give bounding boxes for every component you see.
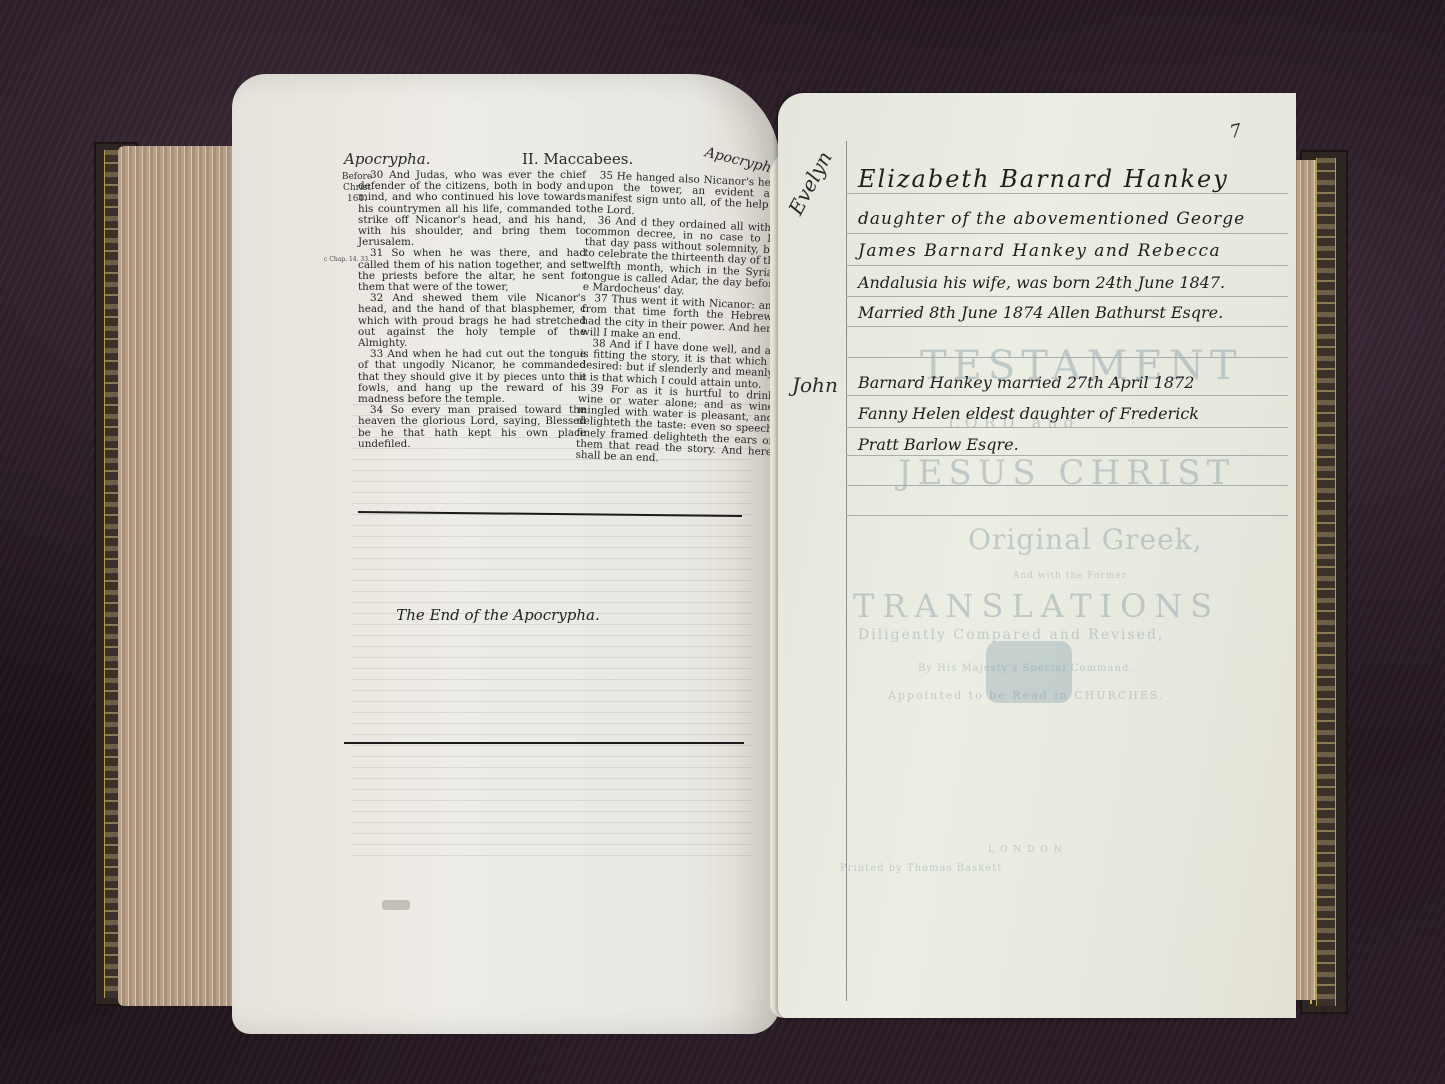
verse: 32 And shewed them vile Nicanor's head, … xyxy=(358,293,586,349)
ruled-line xyxy=(846,193,1288,194)
margin-given-name: Evelyn xyxy=(784,147,837,219)
royal-arms-show-through xyxy=(986,641,1072,703)
ruled-line xyxy=(846,326,1288,327)
verse: 33 And when he had cut out the tongue of… xyxy=(358,349,586,405)
running-head-title: II. Maccabees. xyxy=(522,150,633,168)
ruled-line xyxy=(846,265,1288,266)
ruled-line xyxy=(846,395,1288,396)
record-line: Married 8th June 1874 Allen Bathurst Esq… xyxy=(858,303,1223,322)
show-through-text: Printed by Thomas Baskett xyxy=(840,863,1002,874)
gilt-tooling-border xyxy=(1316,158,1336,1006)
family-record-leaf: TESTAMENT LORD and JESUS CHRIST Original… xyxy=(778,93,1296,1018)
show-through-text: LONDON xyxy=(988,845,1068,855)
verse: 30 And Judas, who was ever the chief def… xyxy=(358,170,586,248)
end-title-text: The End of the Apocrypha. xyxy=(396,606,599,624)
running-head-left: Apocrypha. xyxy=(344,150,430,168)
margin-given-name: John xyxy=(792,373,838,397)
record-line: Elizabeth Barnard Hankey xyxy=(858,165,1229,193)
record-line: Andalusia his wife, was born 24th June 1… xyxy=(858,273,1225,292)
end-of-apocrypha-title: The End of the Apocrypha. xyxy=(232,606,780,624)
record-line: Pratt Barlow Esqre. xyxy=(858,435,1019,454)
record-line: Fanny Helen eldest daughter of Frederick xyxy=(858,404,1199,423)
show-through-text: TRANSLATIONS xyxy=(853,587,1220,625)
paper-stain xyxy=(382,900,410,910)
horizontal-rule xyxy=(344,742,744,744)
ruled-line xyxy=(846,455,1288,456)
show-through-text xyxy=(352,404,752,864)
show-through-text: And with the Former xyxy=(1013,571,1127,581)
margin-rule xyxy=(846,141,847,1001)
ruled-line xyxy=(846,427,1288,428)
ruled-line xyxy=(846,296,1288,297)
ruled-line xyxy=(846,233,1288,234)
verse: 31 So when he was there, and had called … xyxy=(358,248,586,293)
record-line: daughter of the abovementioned George xyxy=(858,209,1245,229)
ruled-line xyxy=(846,357,1288,358)
record-line: James Barnard Hankey and Rebecca xyxy=(858,241,1221,261)
verse: 36 And d they ordained all with a common… xyxy=(583,215,782,302)
show-through-text: Original Greek, xyxy=(968,523,1203,556)
page-number: 7 xyxy=(1228,120,1244,143)
show-through-text: JESUS CHRIST xyxy=(898,453,1235,493)
ruled-line xyxy=(846,485,1288,486)
left-page: Apocrypha. II. Maccabees. Apocrypha. Bef… xyxy=(232,74,780,1034)
record-line: Barnard Hankey married 27th April 1872 xyxy=(858,373,1194,392)
ruled-line xyxy=(846,515,1288,516)
